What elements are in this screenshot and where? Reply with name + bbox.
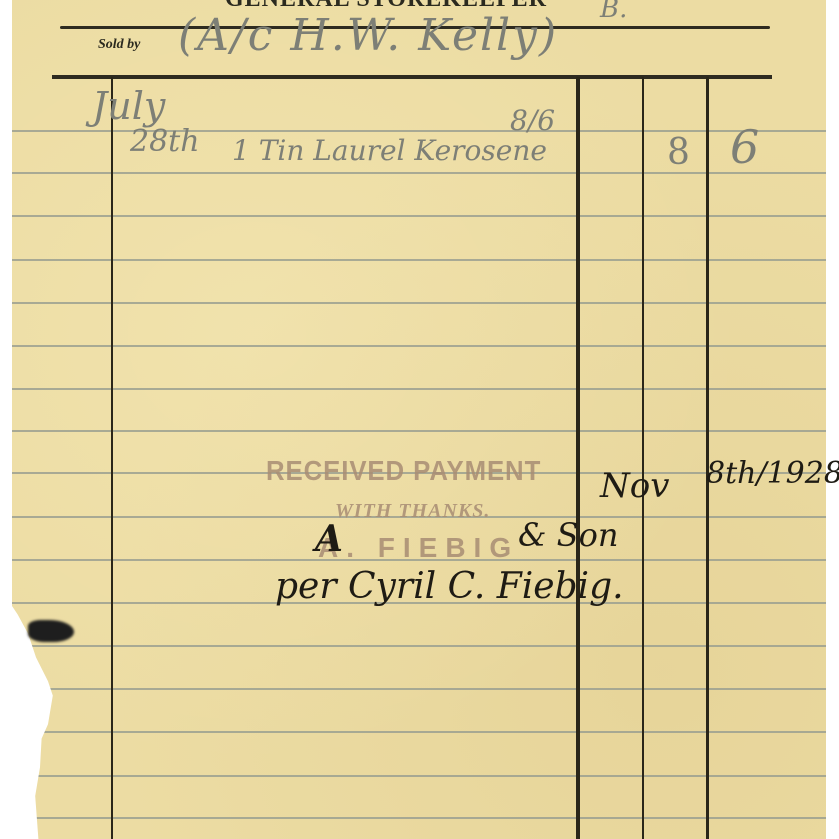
item-date-month: July — [92, 84, 165, 128]
shillings-column-line — [642, 77, 644, 839]
stamp-line-3: A. FIEBIG — [318, 532, 519, 564]
payment-date-month: Nov — [600, 466, 669, 506]
ruling-line — [12, 259, 826, 261]
amount-column-line — [576, 77, 580, 839]
stamp-line-2: WITH THANKS. — [335, 500, 490, 523]
sold-by-value: (A/c H.W. Kelly) — [178, 10, 558, 61]
ruling-line — [12, 302, 826, 304]
ruling-line — [12, 645, 826, 647]
stamp-line-1: RECEIVED PAYMENT — [266, 455, 541, 487]
ruling-line — [12, 688, 826, 690]
ruling-line — [12, 215, 826, 217]
ruling-line — [12, 731, 826, 733]
item-description: 1 Tin Laurel Kerosene — [232, 134, 547, 167]
signed-by: per Cyril C. Fiebig. — [275, 566, 624, 607]
ruling-line — [12, 430, 826, 432]
payment-date-rest: 8th/1928 — [706, 456, 839, 491]
sold-by-label: Sold by — [98, 37, 140, 53]
ink-blot — [28, 620, 74, 642]
ruling-line — [12, 775, 826, 777]
item-shillings: 8 — [667, 132, 690, 173]
header-rule-bottom — [52, 75, 772, 79]
item-date-day: 28th — [130, 124, 200, 159]
item-price-note: 8/6 — [510, 104, 555, 137]
signature-suffix: & Son — [518, 516, 618, 554]
date-column-line — [111, 77, 113, 839]
item-pence: 6 — [730, 120, 759, 174]
ruling-line — [12, 817, 826, 819]
ruling-line — [12, 345, 826, 347]
signature-initial: A — [315, 518, 343, 560]
ruling-line — [12, 388, 826, 390]
ruling-line — [12, 172, 826, 174]
pencil-mark: B. — [600, 0, 627, 24]
